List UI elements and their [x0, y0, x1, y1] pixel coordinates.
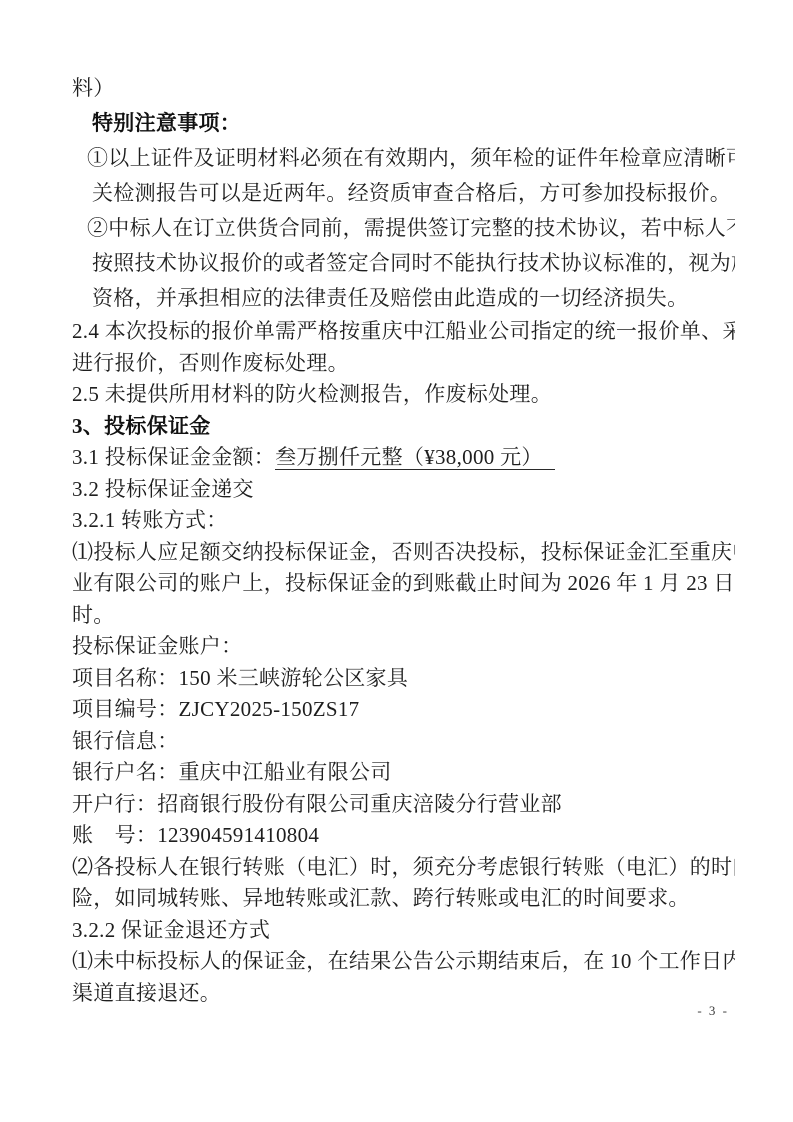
bank-branch-line: 开户行：招商银行股份有限公司重庆涪陵分行营业部 — [72, 789, 735, 821]
bank-info-heading: 银行信息： — [72, 726, 735, 758]
doc-line-note-1b: 关检测报告可以是近两年。经资质审查合格后，方可参加投标报价。 — [72, 176, 735, 211]
doc-line-transfer-1b: 业有限公司的账户上，投标保证金的到账截止时间为 2026 年 1 月 23 日 … — [72, 568, 735, 600]
doc-line-note-1a: ①以上证件及证明材料必须在有效期内，须年检的证件年检章应清晰可辨。相 — [72, 141, 735, 176]
doc-line-refund-1a: ⑴未中标投标人的保证金，在结果公告公示期结束后，在 10 个工作日内按来款 — [72, 946, 735, 978]
account-number-line: 账 号：123904591410804 — [72, 820, 735, 852]
doc-line-note-2a: ②中标人在订立供货合同前，需提供签订完整的技术协议，若中标人不是严格 — [72, 211, 735, 246]
document-page: 料） 特别注意事项： ①以上证件及证明材料必须在有效期内，须年检的证件年检章应清… — [0, 0, 793, 1122]
bid-bond-amount-value: 叁万捌仟元整（¥38,000 元） — [275, 445, 555, 470]
doc-line-transfer-2b: 险，如同城转账、异地转账或汇款、跨行转账或电汇的时间要求。 — [72, 883, 735, 915]
special-notes-heading: 特别注意事项： — [72, 106, 735, 141]
doc-line-clause-2-4b: 进行报价，否则作废标处理。 — [72, 348, 735, 380]
doc-line-clause-3-2: 3.2 投标保证金递交 — [72, 474, 735, 506]
bank-account-name-line: 银行户名：重庆中江船业有限公司 — [72, 757, 735, 789]
doc-line-clause-3-2-1: 3.2.1 转账方式： — [72, 505, 735, 537]
bid-bond-account-heading: 投标保证金账户： — [72, 631, 735, 663]
doc-line-transfer-1a: ⑴投标人应足额交纳投标保证金，否则否决投标，投标保证金汇至重庆中江船 — [72, 537, 735, 569]
doc-line-note-2b: 按照技术协议报价的或者签定合同时不能执行技术协议标准的，视为放弃中标 — [72, 246, 735, 281]
doc-line-clause-2-5: 2.5 未提供所用材料的防火检测报告，作废标处理。 — [72, 379, 735, 411]
doc-line-transfer-2a: ⑵各投标人在银行转账（电汇）时，须充分考虑银行转账（电汇）的时间差风 — [72, 852, 735, 884]
doc-line-clause-3-2-2: 3.2.2 保证金退还方式 — [72, 915, 735, 947]
section-3-heading: 3、投标保证金 — [72, 411, 735, 443]
document-body: 料） 特别注意事项： ①以上证件及证明材料必须在有效期内，须年检的证件年检章应清… — [72, 71, 735, 1009]
doc-line-refund-1b: 渠道直接退还。 — [72, 978, 735, 1010]
project-code-line: 项目编号：ZJCY2025-150ZS17 — [72, 694, 735, 726]
page-number: - 3 - — [697, 1003, 729, 1019]
bid-bond-amount-label: 3.1 投标保证金金额： — [72, 445, 275, 469]
doc-line-liao-continuation: 料） — [72, 71, 735, 106]
doc-line-note-2c: 资格，并承担相应的法律责任及赔偿由此造成的一切经济损失。 — [72, 281, 735, 316]
project-name-line: 项目名称：150 米三峡游轮公区家具 — [72, 663, 735, 695]
bid-bond-amount-line: 3.1 投标保证金金额：叁万捌仟元整（¥38,000 元） — [72, 442, 735, 474]
doc-line-clause-2-4a: 2.4 本次投标的报价单需严格按重庆中江船业公司指定的统一报价单、采购清单 — [72, 316, 735, 348]
doc-line-transfer-1c: 时。 — [72, 600, 735, 632]
